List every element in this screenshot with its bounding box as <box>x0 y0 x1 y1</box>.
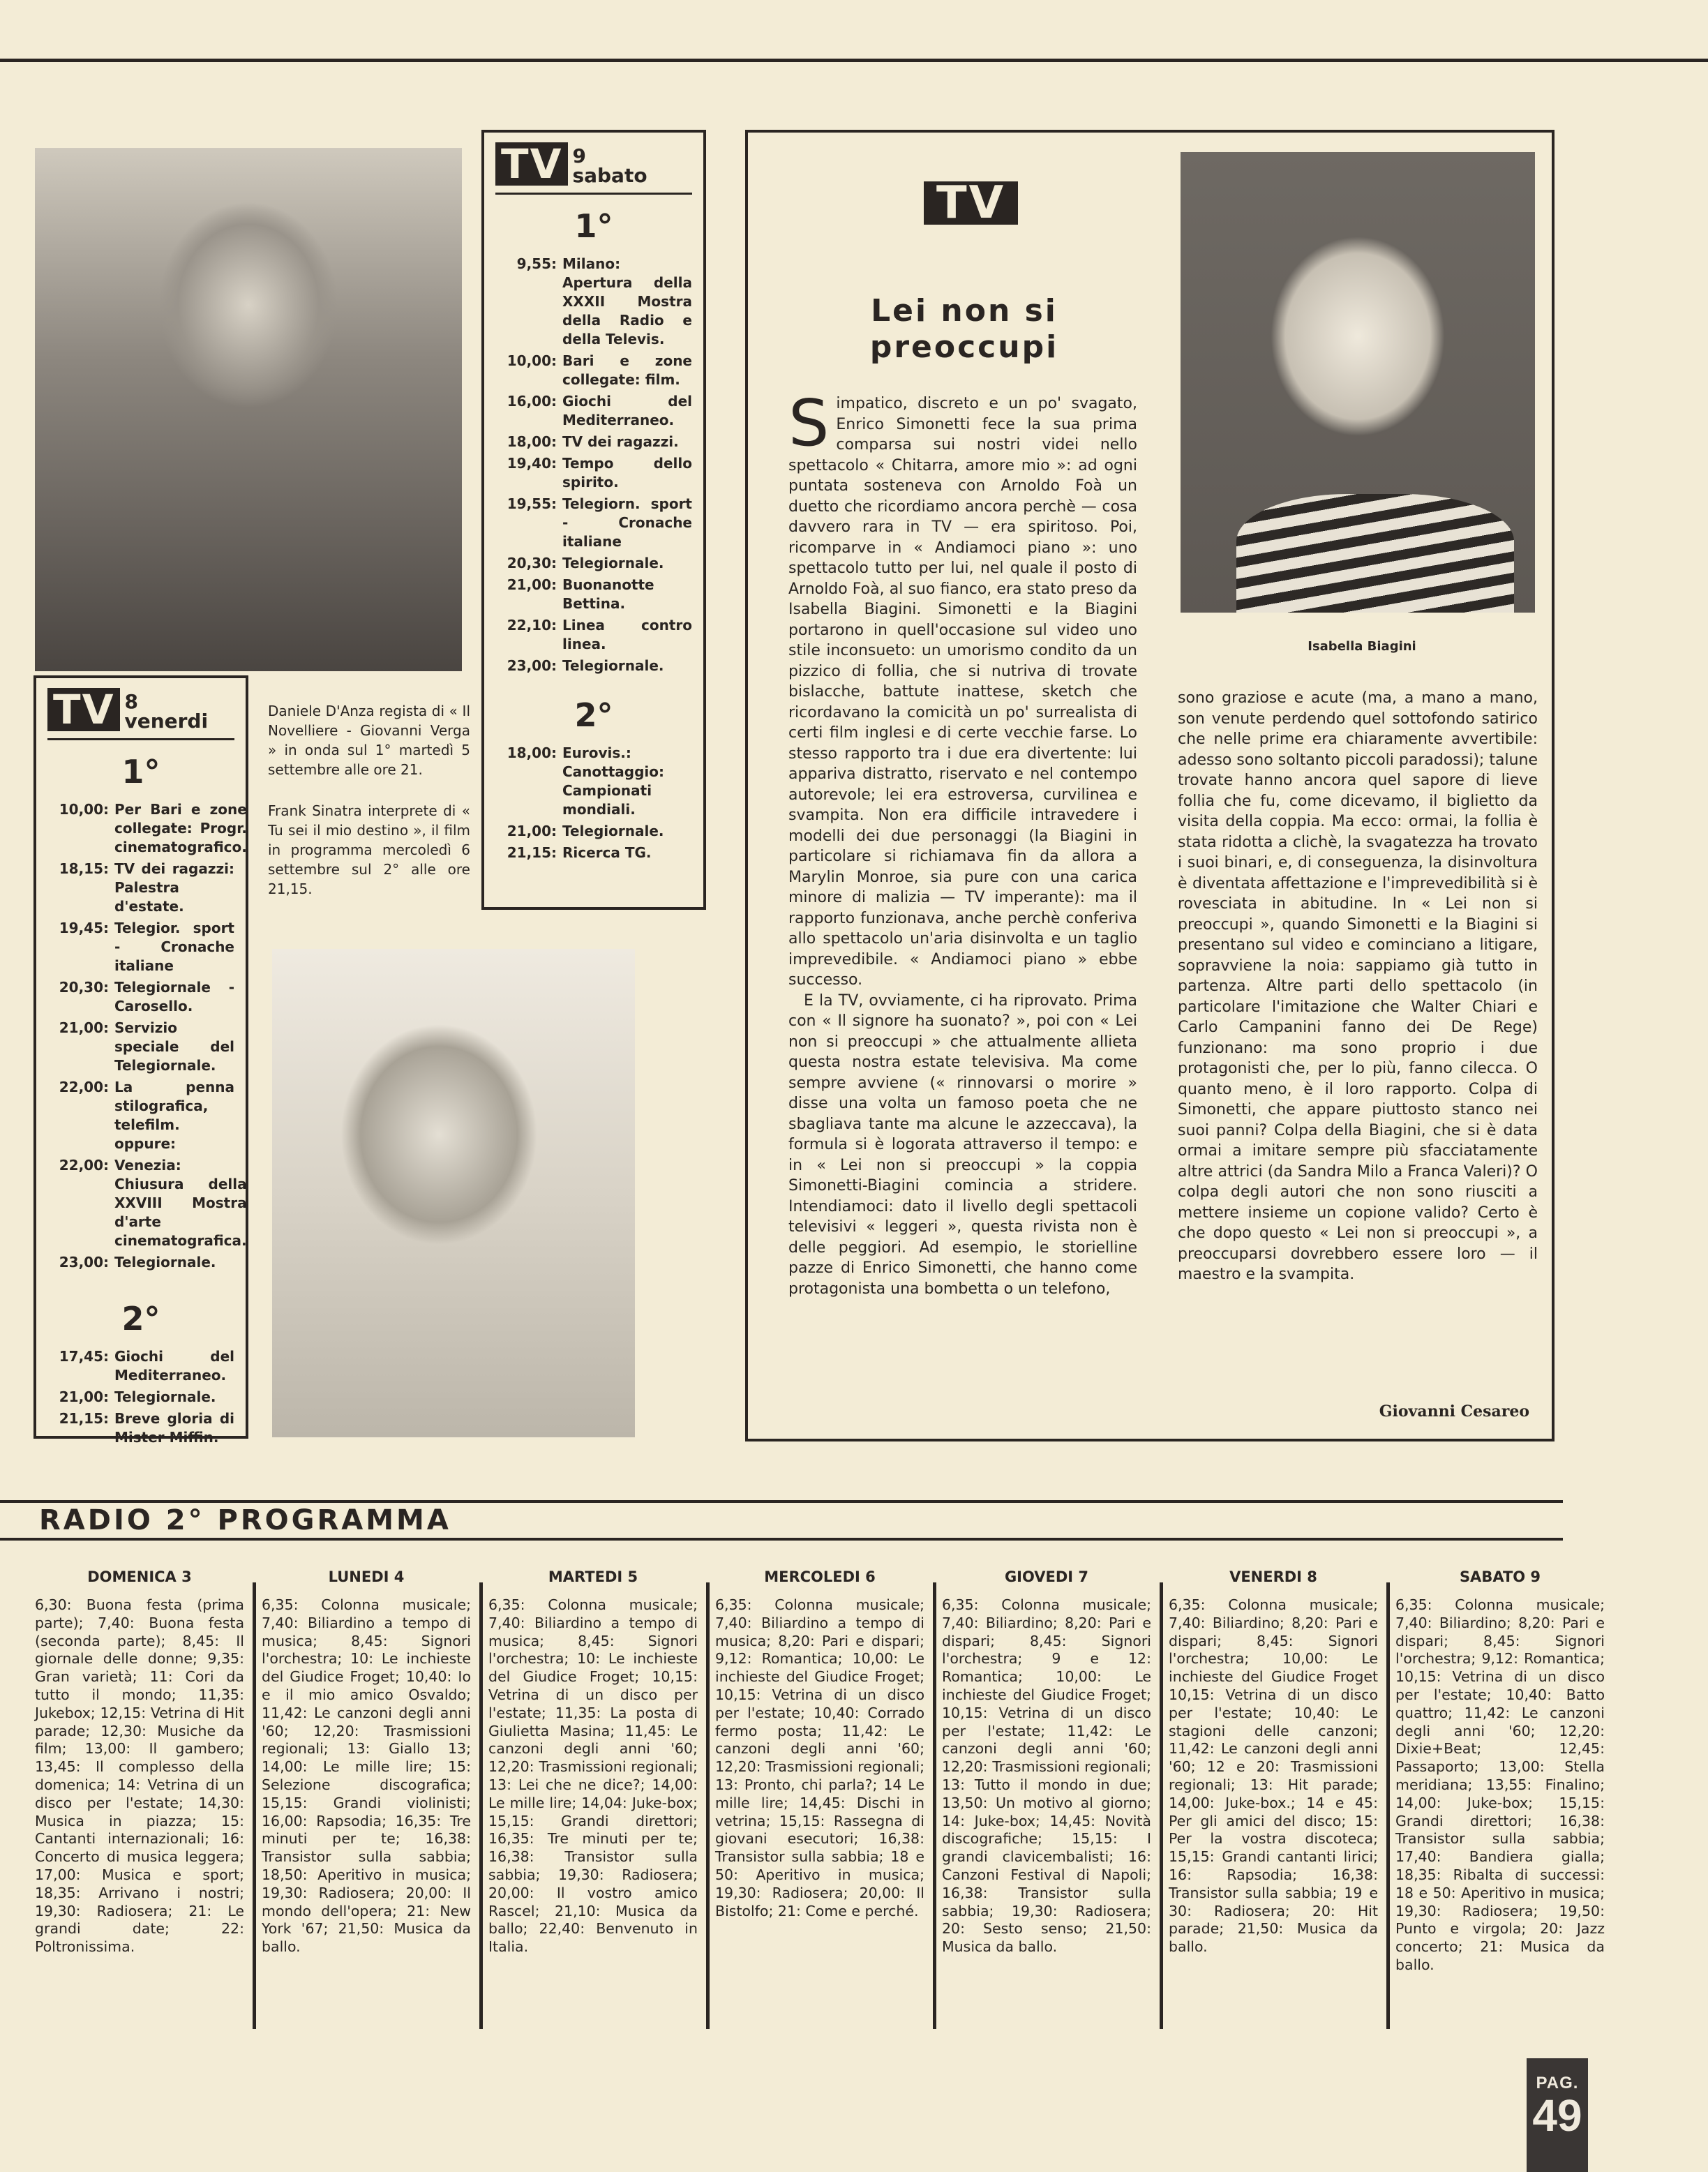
program-time: 21,15: <box>47 1409 114 1447</box>
radio-day-programs: 6,35: Colonna musicale; 7,40: Biliardino… <box>715 1596 924 1920</box>
tv-logo: TV <box>47 688 120 731</box>
program-title: Telegiornale. <box>114 1388 234 1407</box>
program-row: 18,00:TV dei ragazzi. <box>495 433 692 451</box>
program-row: 22,00:Venezia: Chiusura della XXVIII Mos… <box>47 1156 234 1250</box>
radio-day-header: MARTEDI 5 <box>488 1568 698 1585</box>
channel-1-heading: 1° <box>495 207 692 245</box>
program-row: 21,00:Buonanotte Bettina. <box>495 576 692 613</box>
page-number: 49 <box>1527 2093 1588 2138</box>
program-title: Telegiornale. <box>562 657 692 675</box>
top-rule <box>0 59 1708 62</box>
program-row: 23,00:Telegiornale. <box>47 1253 234 1272</box>
program-title: TV dei ragazzi: Palestra d'estate. <box>114 860 234 916</box>
program-title: Telegiornale - Carosello. <box>114 978 234 1016</box>
program-title: Telegior. sport - Cronache italiane <box>114 919 234 975</box>
program-row: 16,00:Giochi del Mediterraneo. <box>495 392 692 430</box>
tv-schedule-header: TV 9 sabato <box>495 142 692 195</box>
radio-day-programs: 6,35: Colonna musicale; 7,40: Biliardino… <box>1395 1596 1605 1975</box>
radio-day-friday: VENERDI 8 6,35: Colonna musicale; 7,40: … <box>1169 1568 1378 1956</box>
day-number: 9 <box>572 147 647 166</box>
program-row: 21,00:Telegiornale. <box>495 822 692 841</box>
column-separator <box>933 1582 936 2029</box>
radio-day-programs: 6,35: Colonna musicale; 7,40: Biliardino… <box>262 1596 471 1956</box>
program-title: Servizio speciale del Telegiornale. <box>114 1019 234 1075</box>
program-row: 17,45:Giochi del Mediterraneo. <box>47 1347 234 1385</box>
day-name: sabato <box>572 166 647 186</box>
program-time: 22,00: <box>47 1156 114 1250</box>
radio-day-sunday: DOMENICA 3 6,30: Buona festa (prima part… <box>35 1568 244 1956</box>
program-row: 21,00:Servizio speciale del Telegiornale… <box>47 1019 234 1075</box>
column-separator <box>1386 1582 1390 2029</box>
radio-day-header: VENERDI 8 <box>1169 1568 1378 1585</box>
program-row: 21,15:Breve gloria di Mister Miffin. <box>47 1409 234 1447</box>
program-title: Per Bari e zone collegate: Progr. cinema… <box>114 800 247 857</box>
program-row: 20,30:Telegiornale - Carosello. <box>47 978 234 1016</box>
radio-section-title: RADIO 2° PROGRAMMA <box>39 1504 451 1536</box>
article-paragraph: E la TV, ovviamente, ci ha riprovato. Pr… <box>788 991 1137 1300</box>
program-time: 10,00: <box>495 352 562 389</box>
program-title: La penna stilografica, telefilm. oppure: <box>114 1078 234 1153</box>
column-separator <box>253 1582 256 2029</box>
radio-day-programs: 6,35: Colonna musicale; 7,40: Biliardino… <box>942 1596 1151 1956</box>
program-time: 21,00: <box>47 1019 114 1075</box>
program-title: Ricerca TG. <box>562 844 692 862</box>
program-title: Venezia: Chiusura della XXVIII Mostra d'… <box>114 1156 247 1250</box>
program-row: 19,45:Telegior. sport - Cronache italian… <box>47 919 234 975</box>
program-row: 19,55:Telegiorn. sport - Cronache italia… <box>495 495 692 551</box>
article-paragraph: Simpatico, discreto e un po' svagato, En… <box>788 394 1137 991</box>
caption-biagini: Isabella Biagini <box>1181 639 1543 654</box>
program-time: 22,00: <box>47 1078 114 1153</box>
radio-day-monday: LUNEDI 4 6,35: Colonna musicale; 7,40: B… <box>262 1568 471 1956</box>
program-time: 17,45: <box>47 1347 114 1385</box>
program-row: 20,30:Telegiornale. <box>495 554 692 573</box>
program-title: Milano: Apertura della XXXII Mostra dell… <box>562 255 692 349</box>
program-title: Giochi del Mediterraneo. <box>114 1347 234 1385</box>
photo-isabella-biagini <box>1181 152 1535 613</box>
program-time: 22,10: <box>495 616 562 654</box>
program-title: Buonanotte Bettina. <box>562 576 692 613</box>
program-time: 21,00: <box>47 1388 114 1407</box>
radio-day-wednesday: MERCOLEDI 6 6,35: Colonna musicale; 7,40… <box>715 1568 924 1920</box>
article-column-1: Simpatico, discreto e un po' svagato, En… <box>788 394 1137 1299</box>
channel-2-list: 17,45:Giochi del Mediterraneo.21,00:Tele… <box>47 1347 234 1447</box>
tv-schedule-friday: TV 8 venerdi 1° 10,00:Per Bari e zone co… <box>33 675 248 1439</box>
radio-day-tuesday: MARTEDI 5 6,35: Colonna musicale; 7,40: … <box>488 1568 698 1956</box>
program-time: 21,00: <box>495 822 562 841</box>
column-separator <box>1160 1582 1163 2029</box>
column-separator <box>706 1582 710 2029</box>
article-headline: Lei non si preoccupi <box>790 293 1139 366</box>
program-time: 9,55: <box>495 255 562 349</box>
program-row: 9,55:Milano: Apertura della XXXII Mostra… <box>495 255 692 349</box>
article-column-2: sono graziose e acute (ma, a mano a mano… <box>1178 688 1538 1285</box>
program-time: 18,00: <box>495 744 562 819</box>
day-number: 8 <box>124 692 208 712</box>
drop-cap: S <box>788 396 829 451</box>
radio-day-header: DOMENICA 3 <box>35 1568 244 1585</box>
program-title: Breve gloria di Mister Miffin. <box>114 1409 234 1447</box>
program-title: Linea contro linea. <box>562 616 692 654</box>
photo-daniele-danza <box>35 148 462 671</box>
program-row: 22,00:La penna stilografica, telefilm. o… <box>47 1078 234 1153</box>
tv-schedule-saturday: TV 9 sabato 1° 9,55:Milano: Apertura del… <box>481 130 706 910</box>
page-number-badge: PAG. 49 <box>1527 2058 1588 2172</box>
caption-danza: Daniele D'Anza regista di « Il Novellier… <box>268 701 470 779</box>
radio-day-header: MERCOLEDI 6 <box>715 1568 924 1585</box>
program-row: 21,15:Ricerca TG. <box>495 844 692 862</box>
channel-1-list: 9,55:Milano: Apertura della XXXII Mostra… <box>495 255 692 675</box>
program-time: 23,00: <box>47 1253 114 1272</box>
program-time: 20,30: <box>495 554 562 573</box>
radio-day-thursday: GIOVEDI 7 6,35: Colonna musicale; 7,40: … <box>942 1568 1151 1956</box>
program-row: 18,15:TV dei ragazzi: Palestra d'estate. <box>47 860 234 916</box>
channel-1-list: 10,00:Per Bari e zone collegate: Progr. … <box>47 800 234 1272</box>
article-byline: Giovanni Cesareo <box>1379 1402 1529 1421</box>
program-title: Telegiornale. <box>114 1253 234 1272</box>
program-time: 18,00: <box>495 433 562 451</box>
program-time: 16,00: <box>495 392 562 430</box>
program-row: 22,10:Linea contro linea. <box>495 616 692 654</box>
program-title: Bari e zone collegate: film. <box>562 352 692 389</box>
program-title: Telegiornale. <box>562 554 692 573</box>
channel-2-heading: 2° <box>495 696 692 734</box>
program-time: 18,15: <box>47 860 114 916</box>
channel-2-heading: 2° <box>47 1300 234 1338</box>
striped-sweater <box>1236 494 1514 613</box>
program-time: 10,00: <box>47 800 114 857</box>
program-row: 10,00:Per Bari e zone collegate: Progr. … <box>47 800 234 857</box>
radio-day-programs: 6,30: Buona festa (prima parte); 7,40: B… <box>35 1596 244 1956</box>
caption-sinatra: Frank Sinatra interprete di « Tu sei il … <box>268 801 470 899</box>
program-title: Eurovis.: Canottaggio: Campionati mondia… <box>562 744 692 819</box>
program-row: 10,00:Bari e zone collegate: film. <box>495 352 692 389</box>
radio-day-header: SABATO 9 <box>1395 1568 1605 1585</box>
program-time: 21,15: <box>495 844 562 862</box>
day-name: venerdi <box>124 712 208 731</box>
program-row: 21,00:Telegiornale. <box>47 1388 234 1407</box>
column-separator <box>479 1582 483 2029</box>
radio-top-rule <box>0 1500 1563 1503</box>
program-time: 19,45: <box>47 919 114 975</box>
program-time: 19,55: <box>495 495 562 551</box>
radio-bottom-rule <box>0 1538 1563 1541</box>
radio-day-saturday: SABATO 9 6,35: Colonna musicale; 7,40: B… <box>1395 1568 1605 1975</box>
program-title: Tempo dello spirito. <box>562 454 692 492</box>
program-title: TV dei ragazzi. <box>562 433 692 451</box>
tv-section-logo: TV <box>924 181 1018 225</box>
program-time: 23,00: <box>495 657 562 675</box>
program-title: Telegiornale. <box>562 822 692 841</box>
program-row: 23,00:Telegiornale. <box>495 657 692 675</box>
program-row: 19,40:Tempo dello spirito. <box>495 454 692 492</box>
radio-day-programs: 6,35: Colonna musicale; 7,40: Biliardino… <box>488 1596 698 1956</box>
program-time: 21,00: <box>495 576 562 613</box>
tv-schedule-header: TV 8 venerdi <box>47 688 234 740</box>
program-title: Telegiorn. sport - Cronache italiane <box>562 495 692 551</box>
program-row: 18,00:Eurovis.: Canottaggio: Campionati … <box>495 744 692 819</box>
photo-frank-sinatra <box>272 949 635 1437</box>
program-title: Giochi del Mediterraneo. <box>562 392 692 430</box>
channel-2-list: 18,00:Eurovis.: Canottaggio: Campionati … <box>495 744 692 862</box>
program-time: 19,40: <box>495 454 562 492</box>
radio-day-header: LUNEDI 4 <box>262 1568 471 1585</box>
channel-1-heading: 1° <box>47 753 234 791</box>
program-time: 20,30: <box>47 978 114 1016</box>
radio-day-header: GIOVEDI 7 <box>942 1568 1151 1585</box>
tv-logo: TV <box>495 142 568 186</box>
radio-day-programs: 6,35: Colonna musicale; 7,40: Biliardino… <box>1169 1596 1378 1956</box>
